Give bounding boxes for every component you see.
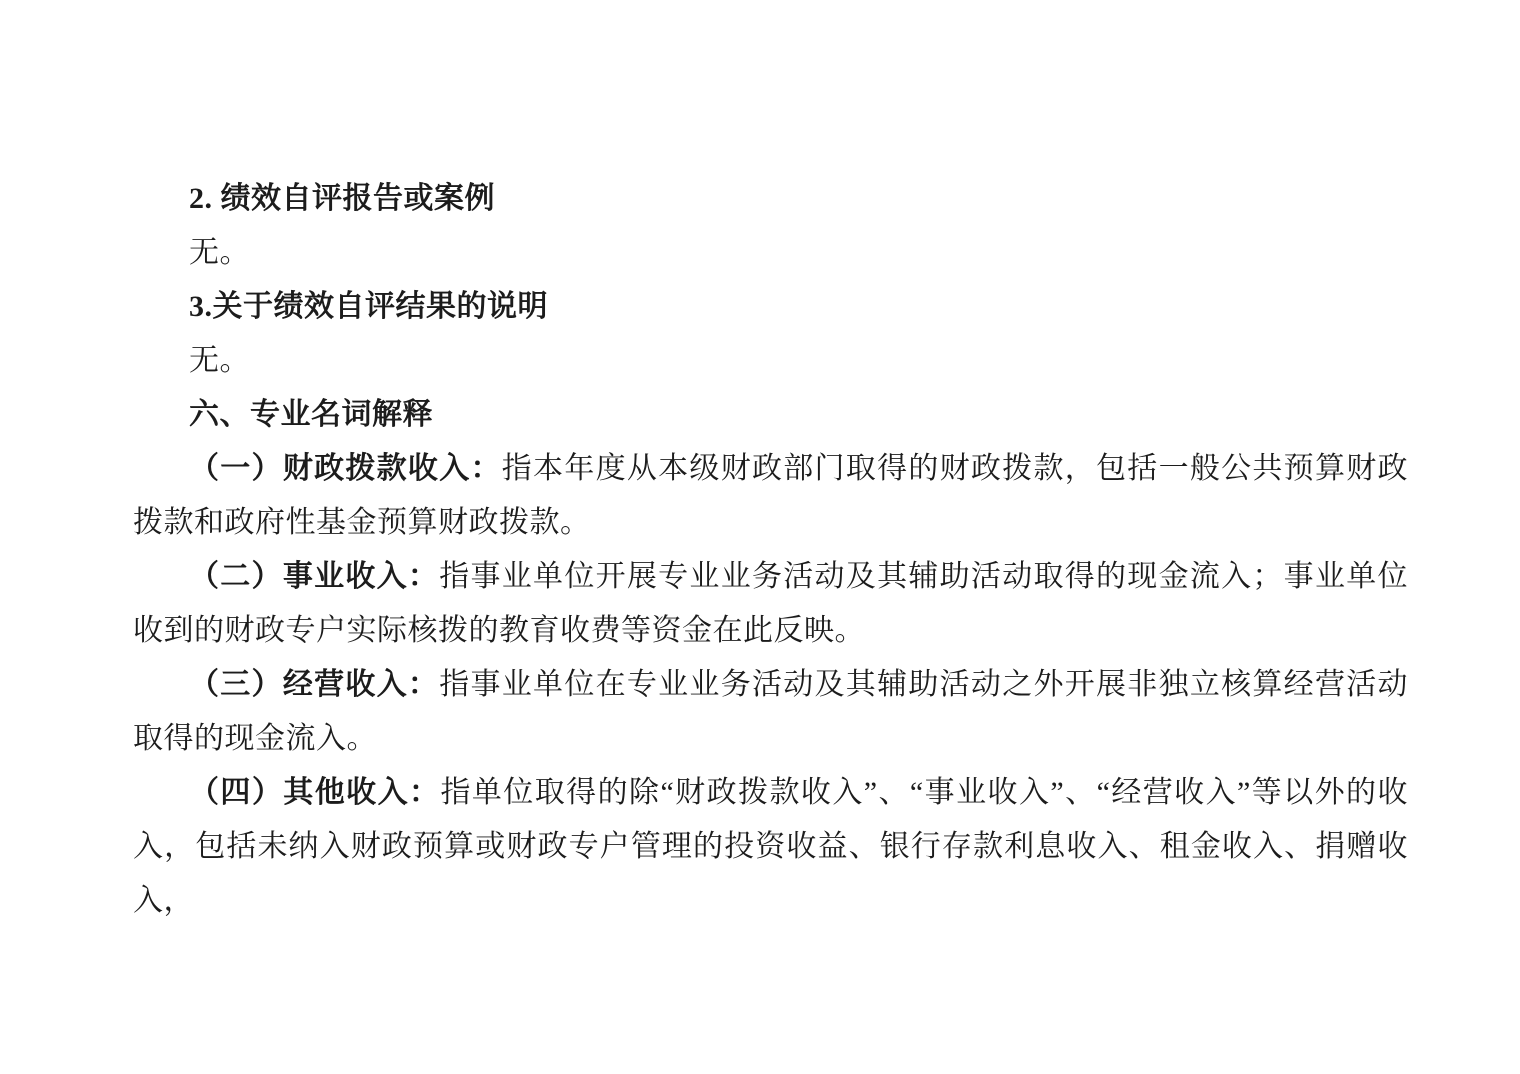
heading-terms-section: 六、专业名词解释 xyxy=(133,388,1408,442)
term-fiscal-appropriation-income: （一）财政拨款收入：指本年度从本级财政部门取得的财政拨款，包括一般公共预算财政拨… xyxy=(133,442,1408,550)
heading-text: 2. 绩效自评报告或案例 xyxy=(189,182,495,215)
document-page: 2. 绩效自评报告或案例 无。 3.关于绩效自评结果的说明 无。 六、专业名词解… xyxy=(0,0,1520,1074)
paragraph-text: 无。 xyxy=(189,236,250,269)
heading-self-eval-report: 2. 绩效自评报告或案例 xyxy=(133,172,1408,226)
term-label: （三）经营收入： xyxy=(189,668,439,701)
term-label: （二）事业收入： xyxy=(189,560,439,593)
paragraph-none-2: 无。 xyxy=(133,334,1408,388)
heading-text: 3.关于绩效自评结果的说明 xyxy=(189,290,548,323)
term-undertaking-income: （二）事业收入：指事业单位开展专业业务活动及其辅助活动取得的现金流入；事业单位收… xyxy=(133,550,1408,658)
term-other-income: （四）其他收入：指单位取得的除“财政拨款收入”、“事业收入”、“经营收入”等以外… xyxy=(133,766,1408,928)
term-label: （一）财政拨款收入： xyxy=(189,452,502,485)
heading-text: 六、专业名词解释 xyxy=(189,398,433,431)
heading-self-eval-result-note: 3.关于绩效自评结果的说明 xyxy=(133,280,1408,334)
term-label: （四）其他收入： xyxy=(189,776,440,809)
paragraph-text: 无。 xyxy=(189,344,250,377)
paragraph-none-1: 无。 xyxy=(133,226,1408,280)
term-operating-income: （三）经营收入：指事业单位在专业业务活动及其辅助活动之外开展非独立核算经营活动取… xyxy=(133,658,1408,766)
